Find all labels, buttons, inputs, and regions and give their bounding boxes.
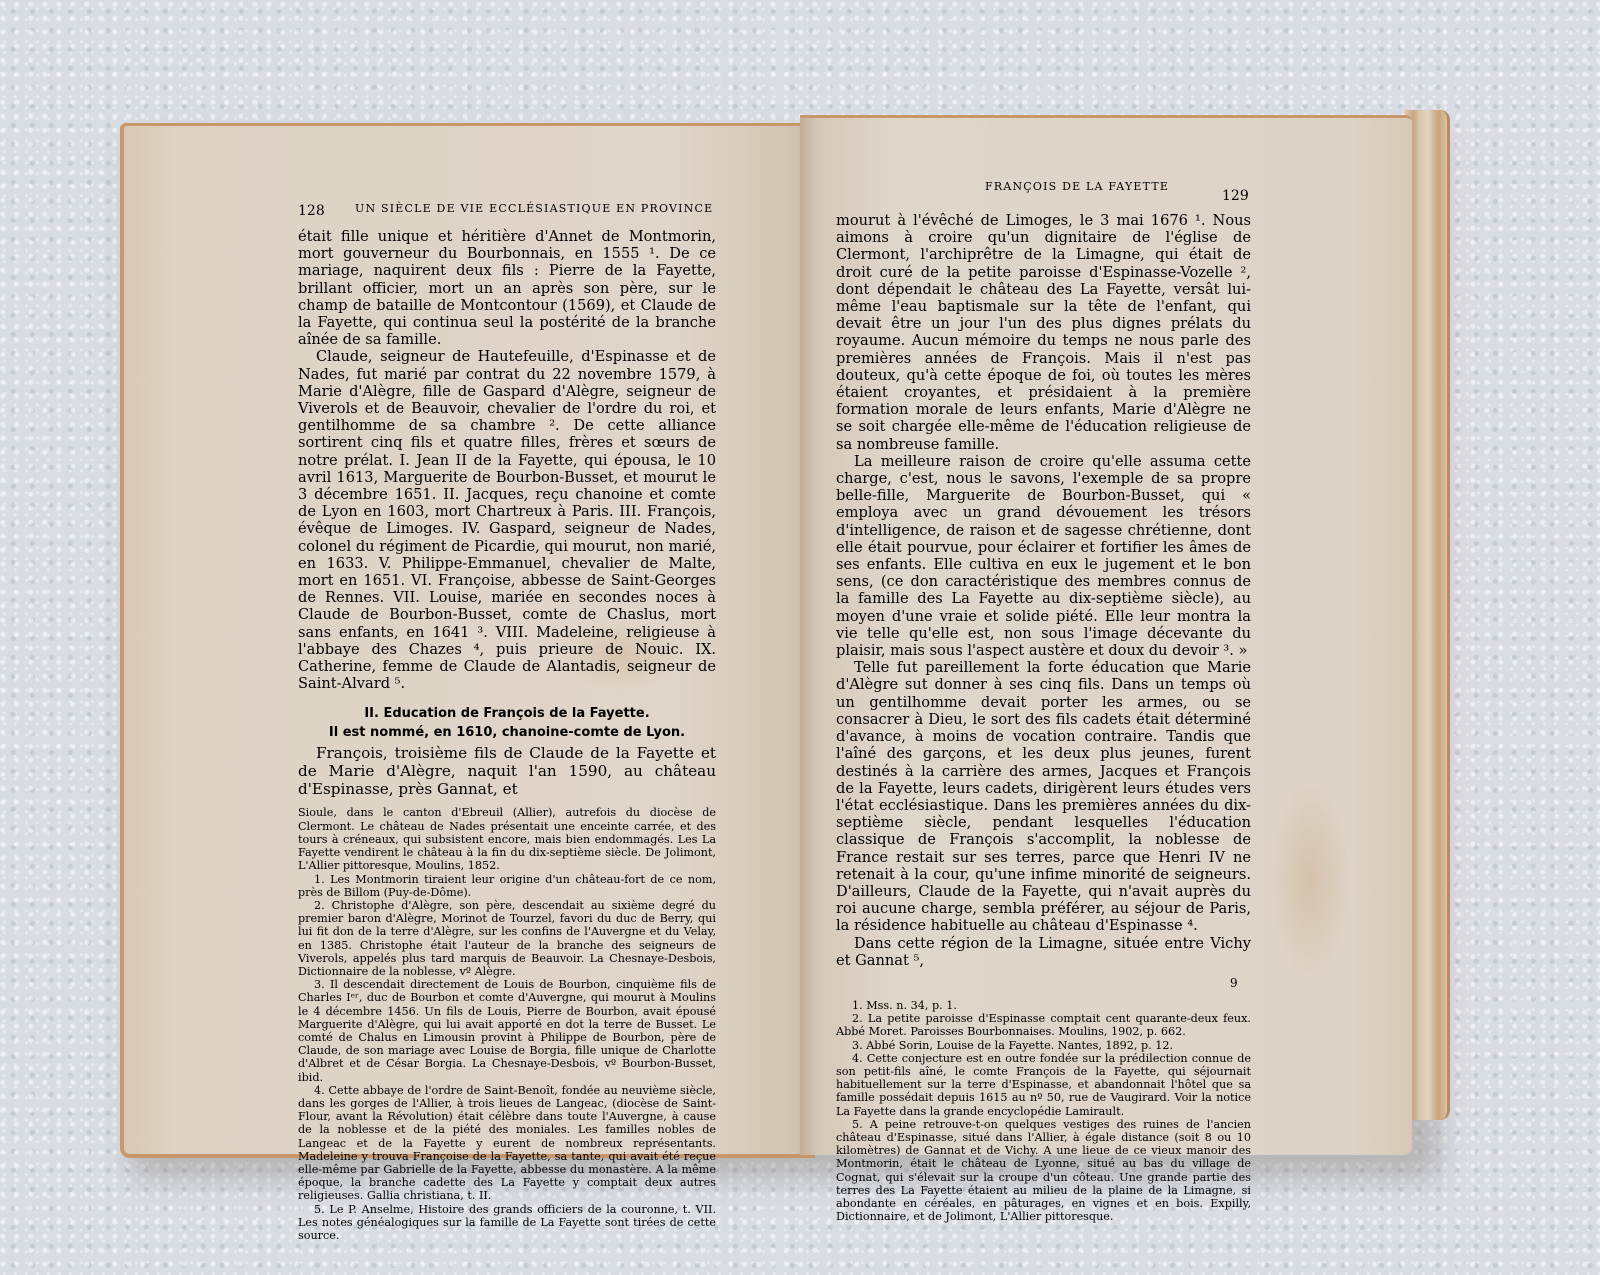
footnote: 2. La petite paroisse d'Espinasse compta… xyxy=(836,1012,1251,1038)
page-number-left: 128 xyxy=(298,203,325,219)
paragraph: était fille unique et héritière d'Annet … xyxy=(298,228,716,348)
footnote: 3. Il descendait directement de Louis de… xyxy=(298,978,716,1084)
footnote: 5. A peine retrouve-t-on quelques vestig… xyxy=(836,1118,1251,1224)
paragraph: Telle fut pareillement la forte éducatio… xyxy=(836,659,1251,934)
footnote: Sioule, dans le canton d'Ebreuil (Allier… xyxy=(298,806,716,872)
paragraph: François, troisième fils de Claude de la… xyxy=(298,744,716,798)
footnotes-left: Sioule, dans le canton d'Ebreuil (Allier… xyxy=(298,806,716,1242)
footnotes-right: 1. Mss. n. 34, p. 1. 2. La petite parois… xyxy=(836,999,1251,1223)
footnote: 5. Le P. Anselme, Histoire des grands of… xyxy=(298,1203,716,1243)
footnote: 4. Cette abbaye de l'ordre de Saint-Beno… xyxy=(298,1084,716,1203)
paragraph: La meilleure raison de croire qu'elle as… xyxy=(836,453,1251,659)
footnote: 4. Cette conjecture est en outre fondée … xyxy=(836,1052,1251,1118)
left-page-body: était fille unique et héritière d'Annet … xyxy=(298,228,716,1242)
running-head-right: FRANÇOIS DE LA FAYETTE xyxy=(985,180,1169,193)
right-page-body: mourut à l'évêché de Limoges, le 3 mai 1… xyxy=(836,212,1251,1223)
footnote: 3. Abbé Sorin, Louise de la Fayette. Nan… xyxy=(836,1039,1251,1052)
footnote: 1. Les Montmorin tiraient leur origine d… xyxy=(298,873,716,899)
paragraph: mourut à l'évêché de Limoges, le 3 mai 1… xyxy=(836,212,1251,453)
section-title-line: II. Education de François de la Fayette. xyxy=(298,704,716,723)
paper-stain xyxy=(1270,780,1350,980)
footnote: 2. Christophe d'Alègre, son père, descen… xyxy=(298,899,716,978)
paragraph: Dans cette région de la Limagne, située … xyxy=(836,935,1251,969)
section-title-line: Il est nommé, en 1610, chanoine-comte de… xyxy=(298,723,716,742)
section-title: II. Education de François de la Fayette.… xyxy=(298,704,716,742)
paragraph: Claude, seigneur de Hautefeuille, d'Espi… xyxy=(298,348,716,692)
page-number-right: 129 xyxy=(1222,188,1249,204)
footnote: 1. Mss. n. 34, p. 1. xyxy=(836,999,1251,1012)
signature-mark: 9 xyxy=(1230,976,1238,990)
running-head-left: UN SIÈCLE DE VIE ECCLÉSIASTIQUE EN PROVI… xyxy=(355,202,713,215)
